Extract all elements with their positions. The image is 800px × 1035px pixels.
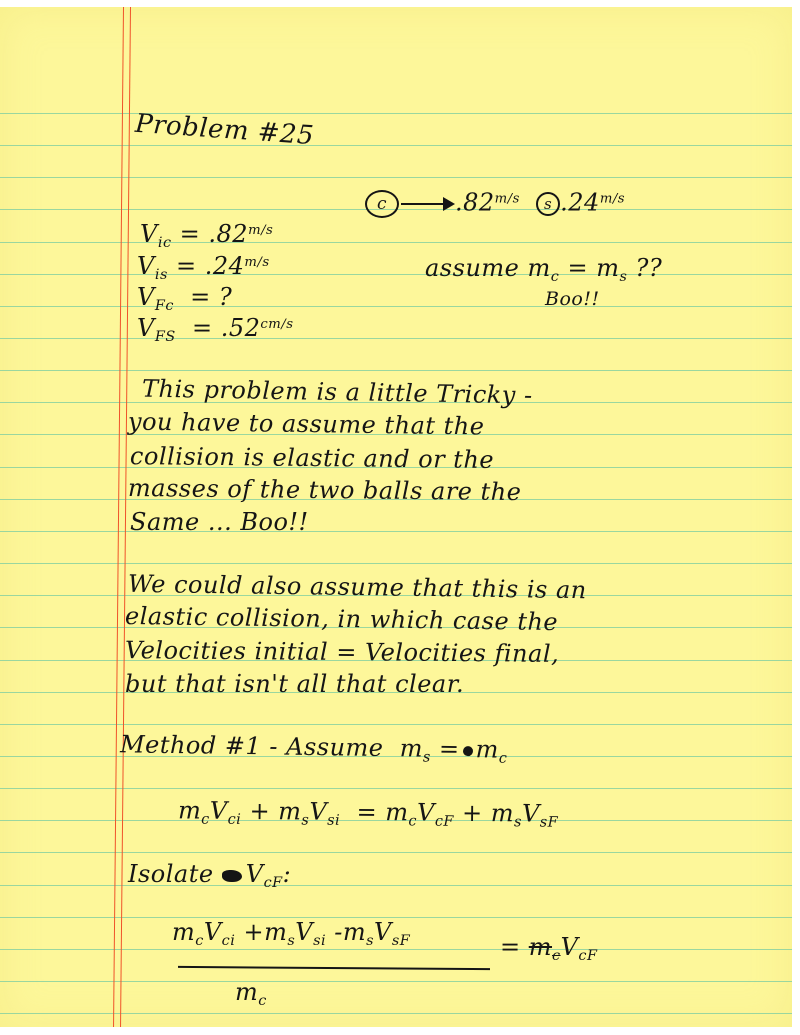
ruled-line — [0, 917, 792, 918]
fraction-denominator: mc — [235, 980, 267, 1008]
ball-s-icon: s — [536, 192, 560, 216]
ball-s-velocity: .24 — [560, 189, 600, 217]
fraction-rhs: = mcVcF — [500, 935, 597, 963]
given-vfc: VFc = ? — [137, 285, 232, 313]
ruled-line — [0, 306, 792, 307]
given-vfs: VFS = .52cm/s — [137, 316, 293, 344]
ruled-line — [0, 274, 792, 275]
paragraph1-line4: masses of the two balls are the — [128, 476, 522, 504]
paragraph2-line4: but that isn't all that clear. — [125, 672, 464, 696]
ruled-line — [0, 981, 792, 982]
fraction-numerator: mcVci +msVsi -msVsF — [172, 920, 492, 948]
ruled-line — [0, 1013, 792, 1014]
ball-s-unit: m/s — [600, 192, 625, 207]
isolate-step: Isolate VcF: — [128, 862, 291, 890]
given-vis: Vis = .24m/s — [137, 254, 270, 282]
method-heading: Method #1 - Assume ms =mc — [120, 732, 508, 766]
ink-blot-icon — [463, 746, 473, 756]
ruled-line — [0, 177, 792, 178]
ruled-line — [0, 852, 792, 853]
assume-equal-mass-note: assume mc = ms ?? — [425, 256, 662, 284]
given-vic: Vic = .82m/s — [140, 222, 273, 250]
scribble-icon — [222, 870, 242, 882]
ruled-line — [0, 242, 792, 243]
paragraph2-line1: We could also assume that this is an — [128, 572, 587, 602]
ruled-line — [0, 113, 792, 114]
arrow-right-icon — [401, 203, 453, 205]
ruled-line — [0, 145, 792, 146]
momentum-equation: mcVci + msVsi = mcVcF + msVsF — [178, 798, 558, 830]
paragraph1-line1: This problem is a little Tricky - — [142, 377, 533, 408]
boo-note: Boo!! — [545, 290, 600, 309]
collision-diagram: c.82m/s s.24m/s — [365, 190, 625, 218]
ruled-line — [0, 949, 792, 950]
paragraph1-line3: collision is elastic and or the — [130, 444, 494, 472]
ruled-line — [0, 724, 792, 725]
ball-c-unit: m/s — [495, 192, 520, 207]
ball-c-velocity: .82 — [455, 189, 495, 217]
ball-c-icon: c — [365, 190, 399, 218]
ruled-line — [0, 788, 792, 789]
paragraph2-line2: elastic collision, in which case the — [125, 604, 558, 634]
paragraph1-line2: you have to assume that the — [128, 410, 485, 439]
cancelled-mass: m — [529, 933, 552, 961]
paragraph2-line3: Velocities initial = Velocities final, — [125, 638, 559, 666]
ruled-line — [0, 885, 792, 886]
paragraph1-line5: Same ... Boo!! — [130, 510, 309, 534]
